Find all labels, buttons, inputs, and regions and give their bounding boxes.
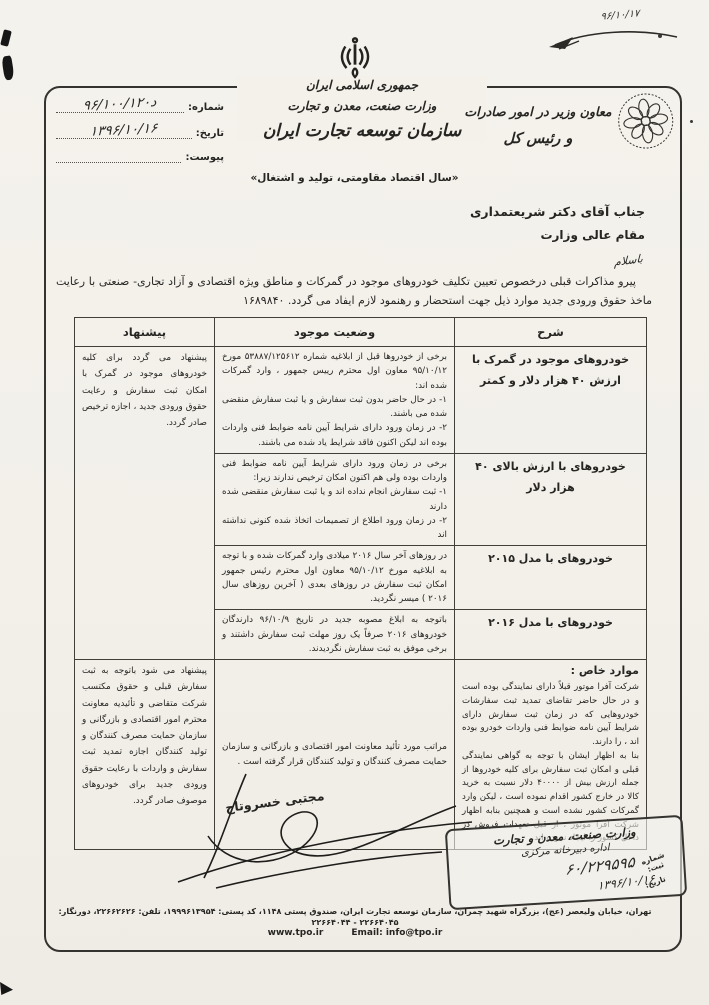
scan-speck xyxy=(690,120,693,123)
organization-title: سازمان توسعه تجارت ایران xyxy=(243,121,481,141)
status-cell: برخی در زمان ورود دارای شرایط آیین نامه … xyxy=(215,453,455,546)
attachment-blank-line xyxy=(56,148,181,163)
registry-stamp: وزارت صنعت، معدن و تجارت اداره دبیرخانه … xyxy=(445,815,688,910)
header-desc: شرح xyxy=(455,318,647,347)
header-status: وضعیت موجود xyxy=(215,318,455,347)
addressee-block: جناب آقای دکتر شریعتمداری مقام عالی وزار… xyxy=(470,204,645,242)
addressee-name: جناب آقای دکتر شریعتمداری xyxy=(470,204,645,219)
number-field: شماره: ۹۶/۱۰۰/د۱۲۰ xyxy=(56,96,224,113)
date-field: تاریخ: ۱۳۹۶/۱۰/۱۶ xyxy=(56,122,224,139)
attachment-field: پیوست: xyxy=(56,148,224,163)
letterhead-right: معاون وزیر در امور صادرات و رئیس کل xyxy=(462,104,614,147)
handwritten-check-swoosh-icon xyxy=(545,23,685,53)
ministry-title: وزارت صنعت، معدن و تجارت xyxy=(243,99,481,113)
desc-cell: خودروهای با ارزش بالای ۴۰ هزار دلار xyxy=(455,453,647,546)
handwritten-top-note: ۹۶/۱۰/۱۷ xyxy=(545,10,695,53)
table-header-row: شرح وضعیت موجود پیشنهاد xyxy=(75,318,647,347)
scan-artifact xyxy=(0,982,13,995)
status-cell: در روزهای آخر سال ۲۰۱۶ میلادی وارد گمرکا… xyxy=(215,546,455,610)
number-value: ۹۶/۱۰۰/د۱۲۰ xyxy=(83,94,158,114)
letter-meta-fields: شماره: ۹۶/۱۰۰/د۱۲۰ تاریخ: ۱۳۹۶/۱۰/۱۶ پیو… xyxy=(56,96,224,172)
desc-cell: خودروهای موجود در گمرک با ارزش ۴۰ هزار د… xyxy=(455,347,647,454)
header-proposal: پیشنهاد xyxy=(75,318,215,347)
letter-body: پیرو مذاکرات قبلی درخصوص تعیین تکلیف خود… xyxy=(56,272,652,311)
date-label: تاریخ: xyxy=(196,128,224,139)
status-cell: برخی از خودروها قبل از ابلاغیه شماره ۵۳۸… xyxy=(215,347,455,454)
status-cell: باتوجه به ابلاغ مصوبه جدید در تاریخ ۹۶/۱… xyxy=(215,610,455,660)
tpo-round-seal-icon xyxy=(612,86,681,160)
scan-artifact xyxy=(1,55,15,80)
table-row: خودروهای موجود در گمرک با ارزش ۴۰ هزار د… xyxy=(75,347,647,454)
footer-address: تهران، خیابان ولیعصر (عج)، بزرگراه شهید … xyxy=(50,906,660,928)
attachment-label: پیوست: xyxy=(185,152,224,163)
proposal-cell-merged: پیشنهاد می گردد برای کلیه خودروهای موجود… xyxy=(75,347,215,660)
desc-cell: خودروهای با مدل ۲۰۱۵ xyxy=(455,546,647,610)
number-label: شماره: xyxy=(188,102,224,113)
deputy-title-line1: معاون وزیر در امور صادرات xyxy=(462,104,614,119)
iran-emblem-icon xyxy=(338,34,372,88)
footer-website: www.tpo.ir xyxy=(268,928,324,938)
addressee-position: مقام عالی وزارت xyxy=(470,228,645,242)
date-value: ۱۳۹۶/۱۰/۱۶ xyxy=(89,120,158,139)
deputy-title-line2: و رئیس کل xyxy=(462,131,614,147)
scan-artifact xyxy=(0,29,12,46)
scanned-letter-page: ۹۶/۱۰/۱۷ جمهوری اسلامی ایران وزارت صنعت،… xyxy=(0,0,709,1005)
footer-email: Email: info@tpo.ir xyxy=(351,928,442,938)
desc-cell: خودروهای با مدل ۲۰۱۶ xyxy=(455,610,647,660)
signature-block: مجتبی خسروتاج xyxy=(150,770,480,890)
year-slogan: «سال اقتصاد مقاومتی، تولید و اشتغال» xyxy=(0,172,709,184)
special-cases-title: موارد خاص : xyxy=(462,664,639,677)
footer-web-line: www.tpo.irEmail: info@tpo.ir xyxy=(50,928,660,938)
